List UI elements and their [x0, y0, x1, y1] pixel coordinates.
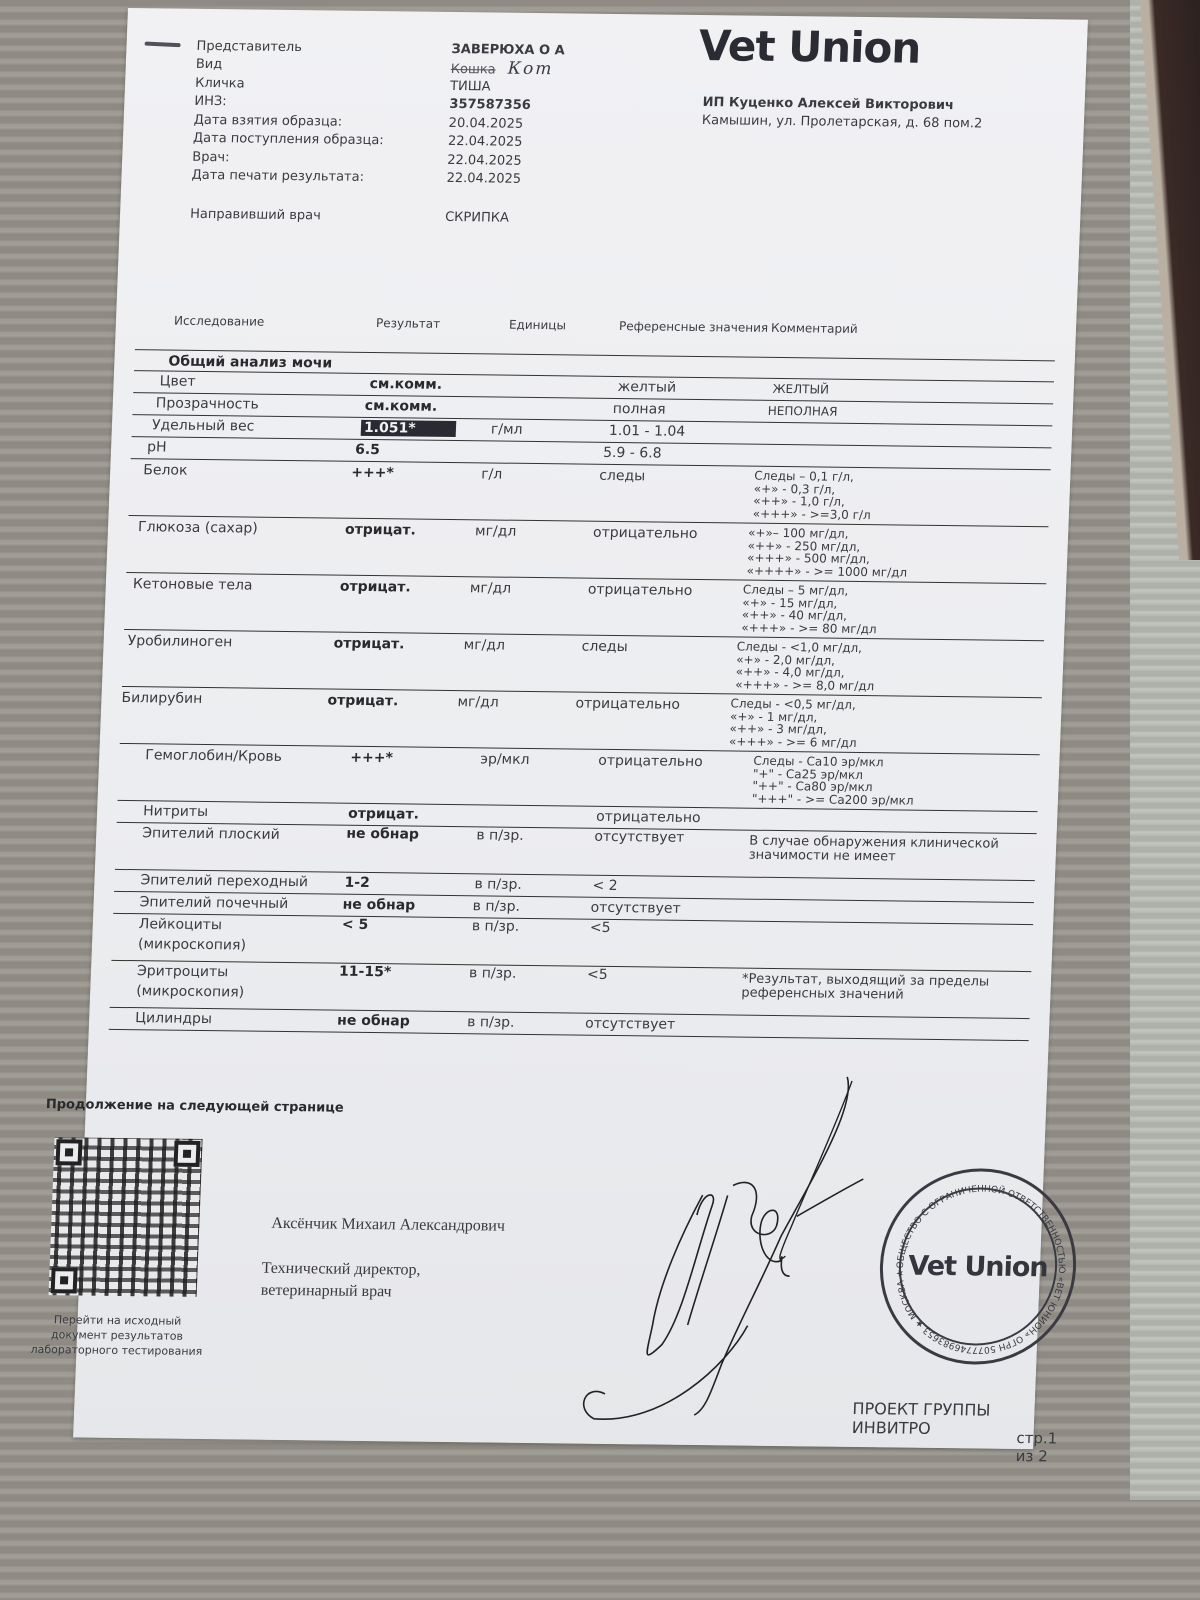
test-comment: Следы - <0,5 мг/дл,«+» - 1 мг/дл,«++» - … [729, 694, 1042, 754]
test-result: 6.5 [355, 440, 486, 463]
info-label: Вид [196, 57, 452, 75]
test-result: 11-15* [338, 964, 470, 1012]
test-comment: «+»– 100 мг/дл,«++» - 250 мг/дл,«+++» - … [746, 524, 1048, 584]
test-name: Прозрачность [132, 393, 365, 417]
test-units: мг/дл [456, 691, 576, 748]
comment-line: ЖЕЛТЫЙ [772, 379, 1054, 403]
reference-range: <5 [588, 920, 745, 968]
test-result: отрицат. [332, 633, 464, 691]
test-units [499, 376, 618, 398]
reference-range: отрицательно [586, 579, 743, 637]
project-note: ПРОЕКТ ГРУППЫ ИНВИТРО [851, 1399, 1034, 1439]
test-name: Эпителий плоский [115, 823, 347, 872]
reference-range: следы [597, 465, 754, 523]
signer-name: Аксёнчик Михаил Александрович [271, 1215, 505, 1236]
organization-name: ИП Куценко Алексей Викторович [702, 95, 983, 113]
test-units: в п/зр. [472, 896, 591, 918]
test-name: Эритроциты(микроскопия) [110, 961, 340, 1010]
stamp-brand: Vet Union [882, 1250, 1073, 1283]
test-name: Лейкоциты(микроскопия) [111, 914, 342, 963]
info-label: Кличка [195, 76, 451, 94]
test-comment [764, 423, 1053, 448]
signer-role-line: Технический директор, [261, 1258, 421, 1282]
test-comment [743, 922, 1033, 972]
lab-report-page: Представитель ЗАВЕРЮХА О А Вид Кошка Кот… [73, 8, 1088, 1449]
column-header: Комментарий [770, 321, 858, 358]
test-name-line: (микроскопия) [138, 934, 342, 956]
test-comment [740, 1016, 1030, 1041]
test-comment [751, 809, 1038, 833]
test-units: в п/зр. [468, 965, 588, 1012]
info-row-print-date: Дата печати результата: 22.04.2025 [191, 166, 560, 189]
test-units: в п/зр. [475, 827, 595, 874]
test-comment: Следы – 0,1 г/л,«+» - 0,3 г/л,«++» - 1,0… [752, 467, 1050, 527]
signer-role: Технический директор, ветеринарный врач [260, 1258, 421, 1304]
referrer-label: Направивший врач [190, 207, 446, 225]
info-label: Дата печати результата: [191, 168, 447, 186]
info-value: ТИША [450, 79, 491, 94]
comment-line: "+++" - >= Ca200 эр/мкл [752, 792, 1038, 808]
test-name-line: Лейкоциты [138, 914, 342, 936]
test-comment: В случае обнаружения клиническойзначимос… [748, 831, 1037, 880]
test-name-line: Эритроциты [137, 961, 340, 983]
flagged-result: 1.051* [361, 420, 456, 437]
test-name: Уробилиноген [122, 630, 334, 689]
test-units: мг/дл [468, 577, 588, 634]
test-comment: НЕПОЛНАЯ [767, 401, 1053, 425]
test-result: +++* [350, 462, 482, 520]
info-value: 357587356 [449, 97, 531, 113]
info-value: 22.04.2025 [447, 153, 522, 169]
staple [145, 42, 181, 48]
test-result: +++* [349, 747, 481, 805]
test-result: не обнар [342, 895, 473, 918]
test-units: в п/зр. [474, 874, 593, 896]
test-comment: ЖЕЛТЫЙ [772, 379, 1054, 403]
info-label: Дата поступления образца: [193, 131, 449, 149]
test-result: отрицат. [338, 576, 470, 634]
column-header: Исследование [173, 314, 376, 352]
info-label: Врач: [192, 150, 448, 168]
reference-range: 1.01 - 1.04 [609, 421, 765, 444]
reference-range: отсутствует [590, 898, 746, 921]
test-units: г/мл [491, 419, 610, 441]
test-result: 1.051* [361, 418, 492, 441]
test-result: см.комм. [369, 374, 500, 397]
page-number: стр.1 из 2 [1015, 1429, 1057, 1465]
test-result: 1-2 [344, 873, 475, 896]
test-name: Белок [129, 459, 352, 518]
info-value: Кошка Кот [450, 58, 553, 79]
test-name: Цилиндры [109, 1008, 338, 1032]
column-header: Результат [375, 316, 509, 354]
test-result: отрицат. [343, 519, 475, 577]
test-name: Цвет [133, 371, 370, 395]
referrer-value: СКРИПКА [445, 210, 509, 226]
brand-logo: Vet Union [698, 21, 921, 73]
test-units: мг/дл [462, 634, 582, 691]
comment-line: «+++» - >= 6 мг/дл [729, 735, 1040, 751]
reference-range: 5.9 - 6.8 [603, 443, 759, 466]
info-value: 22.04.2025 [448, 134, 523, 150]
comment-line: «++++» - >= 1000 мг/дл [746, 564, 1046, 580]
organization-stamp: ОБЩЕСТВО С ОГРАНИЧЕННОЙ ОТВЕТСТВЕННОСТЬЮ… [876, 1167, 1080, 1365]
comment-line: «+++» - >= 8,0 мг/дл [735, 678, 1042, 694]
signer-role-line: ветеринарный врач [260, 1280, 420, 1304]
test-units: эр/мкл [479, 748, 599, 805]
test-result: отрицат. [348, 804, 479, 827]
test-units [485, 441, 604, 463]
column-header: Единицы [508, 318, 619, 355]
test-name: Кетоновые тела [124, 573, 340, 632]
test-result: не обнар [345, 826, 477, 874]
qr-code[interactable] [49, 1137, 203, 1297]
reference-range: отрицательно [596, 807, 752, 830]
comment-line: «+++» - >=3,0 г/л [753, 507, 1049, 523]
reference-range: следы [580, 636, 737, 694]
test-units [494, 398, 613, 420]
test-comment: Следы - Ca10 эр/мкл"+" - Ca25 эр/мкл"++"… [752, 752, 1040, 811]
test-name: pH [131, 437, 356, 461]
referring-doctor: Направивший врач СКРИПКА [190, 207, 509, 226]
test-units: в п/зр. [467, 1012, 586, 1034]
test-result: не обнар [337, 1011, 468, 1034]
qr-finder [56, 1139, 83, 1165]
test-units: мг/дл [473, 520, 593, 577]
test-comment [747, 878, 1035, 902]
info-value: 22.04.2025 [446, 171, 521, 187]
qr-caption-line: лабораторного тестирования [26, 1342, 207, 1359]
info-value: 20.04.2025 [448, 116, 523, 132]
table-body: Цветсм.комм.желтыйЖЕЛТЫЙПрозрачностьсм.к… [109, 371, 1054, 1041]
reference-range: отрицательно [597, 750, 754, 808]
reference-range: отрицательно [574, 693, 731, 751]
test-comment [745, 900, 1034, 925]
test-units: г/л [480, 463, 600, 520]
test-result: см.комм. [364, 396, 495, 419]
test-comment: *Результат, выходящий за пределыреференс… [741, 969, 1032, 1019]
patient-info: Представитель ЗАВЕРЮХА О А Вид Кошка Кот… [191, 37, 565, 189]
test-comment: Следы – 5 мг/дл,«+» - 15 мг/дл,«++» - 40… [741, 581, 1046, 641]
info-label: Дата взятия образца: [193, 113, 449, 131]
reference-range: отрицательно [591, 522, 748, 580]
results-table: Исследование Результат Единицы Референсн… [109, 313, 1056, 1041]
qr-finder [51, 1267, 78, 1293]
reference-range: < 2 [592, 876, 748, 899]
handwritten-value: Кот [507, 58, 553, 79]
test-comment [758, 445, 1052, 470]
struck-value: Кошка [450, 62, 495, 78]
qr-finder [174, 1141, 201, 1167]
reference-range: желтый [617, 377, 773, 400]
reference-range: полная [612, 399, 768, 422]
test-name: Эпителий переходный [114, 870, 345, 894]
test-name: Нитриты [117, 801, 349, 825]
continue-note: Продолжение на следующей странице [46, 1097, 344, 1116]
reference-range: отсутствует [585, 1014, 741, 1037]
test-name: Эпителий почечный [113, 892, 343, 916]
test-name: Гемоглобин/Кровь [118, 744, 351, 803]
info-label: ИНЗ: [194, 94, 450, 112]
test-comment: Следы - <1,0 мг/дл,«+» - 2,0 мг/дл,«++» … [735, 637, 1044, 697]
organization-address: Камышин, ул. Пролетарская, д. 68 пом.2 [702, 113, 983, 131]
info-label: Представитель [196, 39, 452, 57]
test-name: Удельный вес [132, 415, 362, 439]
test-name: Глюкоза (сахар) [126, 516, 345, 575]
reference-range: отсутствует [593, 829, 750, 877]
reference-range: <5 [586, 967, 743, 1015]
signature-icon [544, 1063, 878, 1427]
comment-line: НЕПОЛНАЯ [767, 401, 1053, 425]
test-result: < 5 [340, 917, 472, 965]
qr-caption: Перейти на исходный документ результатов… [26, 1312, 208, 1359]
comment-line: «+++» - >= 80 мг/дл [741, 621, 1044, 637]
info-value: ЗАВЕРЮХА О А [451, 42, 565, 58]
test-result: отрицат. [326, 689, 458, 747]
test-name: Билирубин [120, 687, 328, 745]
test-units: в п/зр. [470, 918, 590, 965]
test-units [478, 805, 597, 827]
test-name-line: (микроскопия) [136, 981, 339, 1003]
column-header: Референсные значения [618, 319, 771, 357]
organization-info: ИП Куценко Алексей Викторович Камышин, у… [702, 95, 984, 131]
